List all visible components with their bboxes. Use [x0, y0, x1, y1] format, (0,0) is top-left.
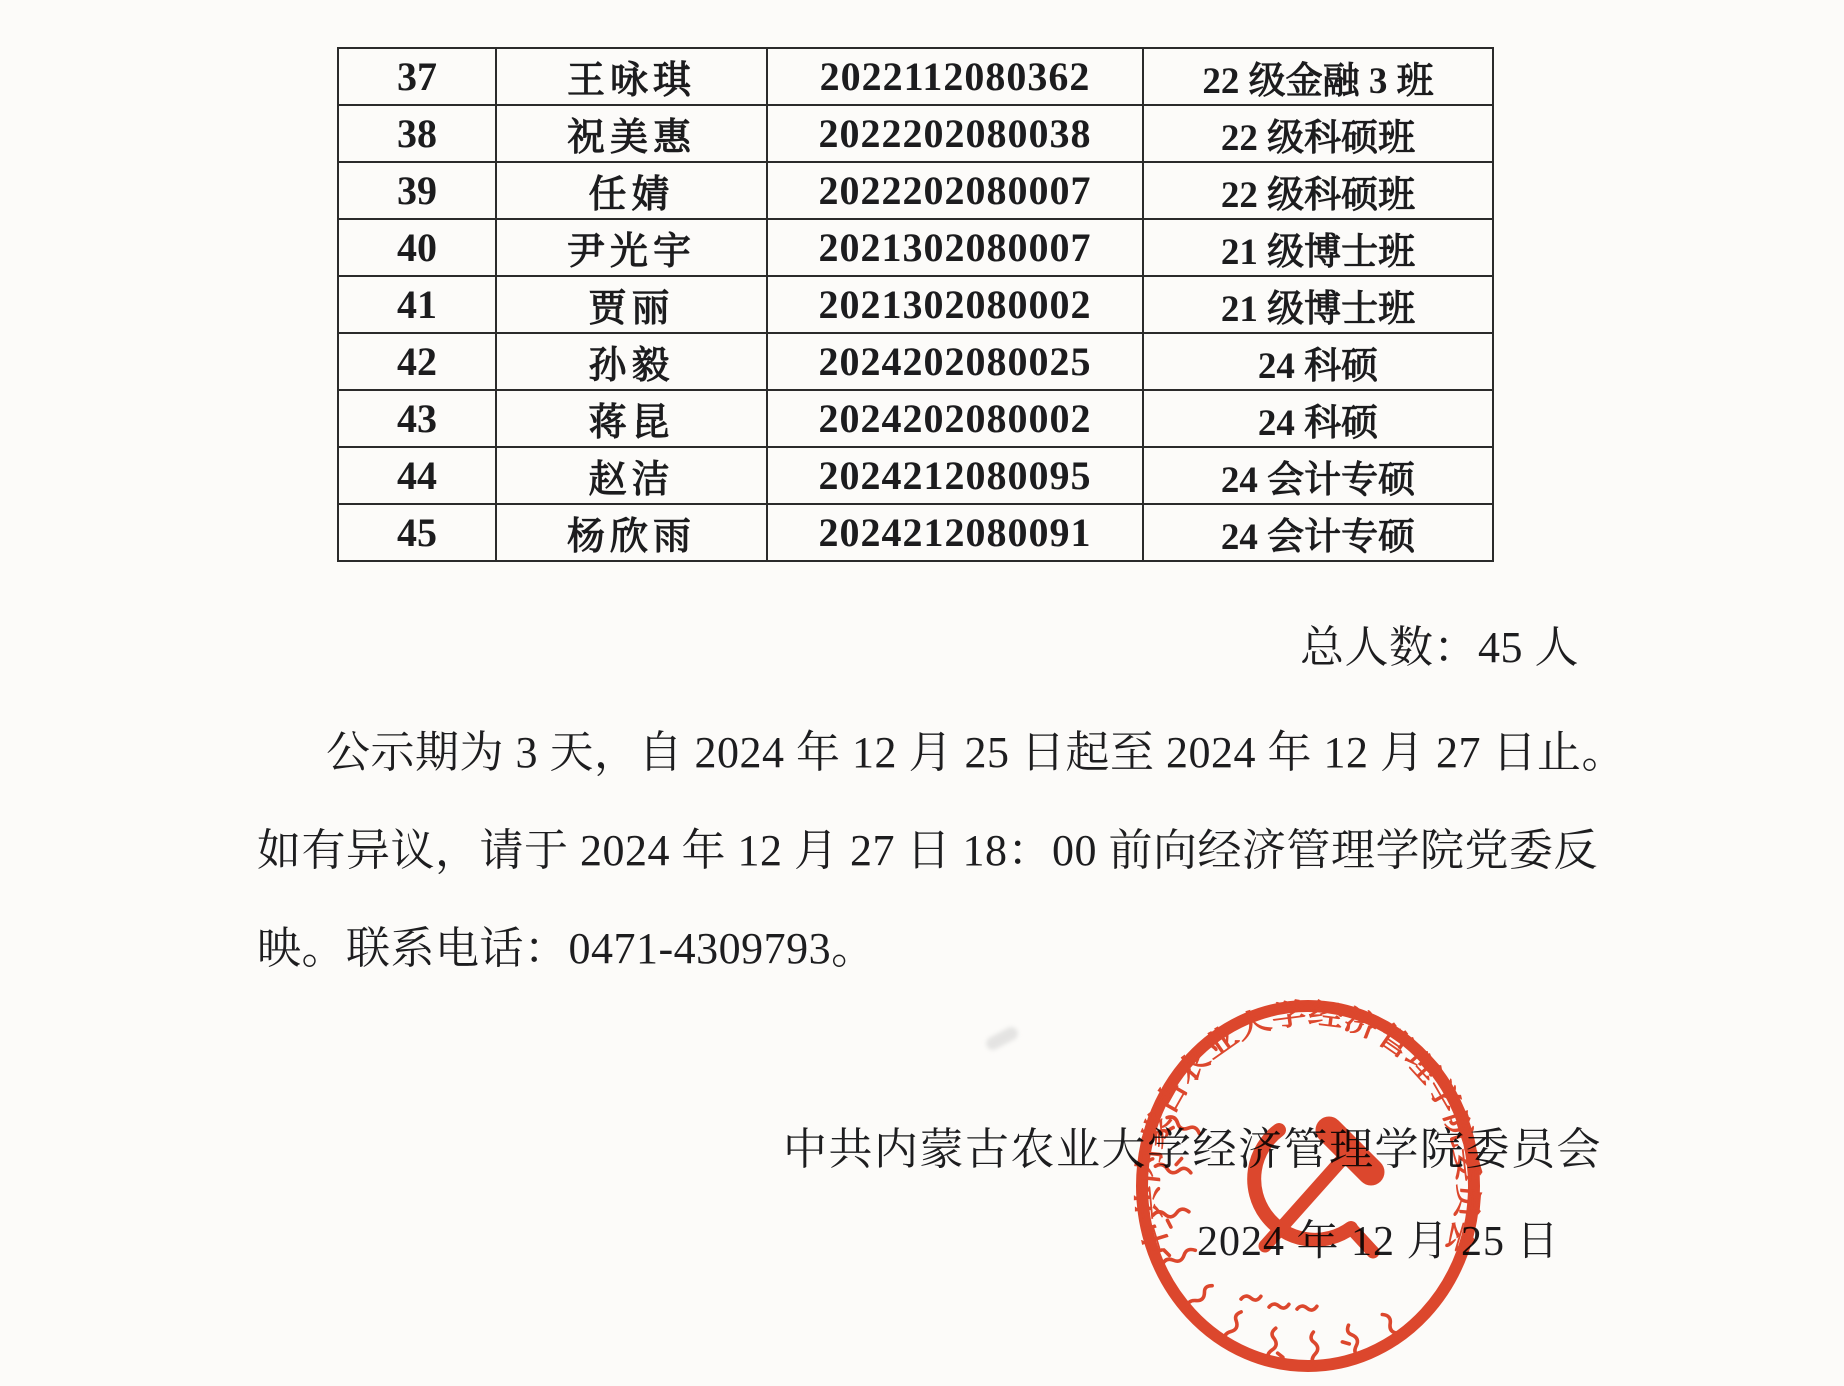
notice-line-1: 公示期为 3 天，自 2024 年 12 月 25 日起至 2024 年 12 … — [326, 729, 1626, 777]
table-row: 42 孙毅 2024202080025 24 科硕 — [338, 333, 1493, 390]
table-row: 41 贾丽 2021302080002 21 级博士班 — [338, 276, 1493, 333]
ink-smudge — [984, 1025, 1020, 1052]
student-id-cell: 2024202080025 — [767, 333, 1143, 390]
row-number-cell: 45 — [338, 504, 496, 561]
student-id-cell: 2022202080038 — [767, 105, 1143, 162]
total-count-line: 总人数：45 人 — [1300, 624, 1579, 672]
table-row: 39 任婧 2022202080007 22 级科硕班 — [338, 162, 1493, 219]
name-cell: 蒋昆 — [496, 390, 767, 447]
scanned-notice-page: 37 王咏琪 2022112080362 22 级金融 3 班 38 祝美惠 2… — [0, 0, 1844, 1386]
name-cell: 任婧 — [496, 162, 767, 219]
notice-line-3: 映。联系电话：0471-4309793。 — [257, 925, 876, 973]
table-row: 38 祝美惠 2022202080038 22 级科硕班 — [338, 105, 1493, 162]
row-number-cell: 37 — [338, 48, 496, 105]
row-number-cell: 43 — [338, 390, 496, 447]
student-id-cell: 2024202080002 — [767, 390, 1143, 447]
signature-date: 2024 年 12 月 25 日 — [1197, 1219, 1560, 1265]
student-id-cell: 2022112080362 — [767, 48, 1143, 105]
row-number-cell: 40 — [338, 219, 496, 276]
class-cell: 22 级金融 3 班 — [1143, 48, 1493, 105]
row-number-cell: 39 — [338, 162, 496, 219]
row-number-cell: 41 — [338, 276, 496, 333]
class-cell: 21 级博士班 — [1143, 276, 1493, 333]
class-cell: 24 科硕 — [1143, 390, 1493, 447]
student-id-cell: 2022202080007 — [767, 162, 1143, 219]
name-cell: 孙毅 — [496, 333, 767, 390]
name-cell: 王咏琪 — [496, 48, 767, 105]
name-cell: 赵洁 — [496, 447, 767, 504]
student-id-cell: 2024212080091 — [767, 504, 1143, 561]
name-cell: 杨欣雨 — [496, 504, 767, 561]
committee-signature: 中共内蒙古农业大学经济管理学院委员会 — [783, 1126, 1602, 1174]
table-row: 45 杨欣雨 2024212080091 24 会计专硕 — [338, 504, 1493, 561]
class-cell: 24 会计专硕 — [1143, 447, 1493, 504]
class-cell: 22 级科硕班 — [1143, 162, 1493, 219]
class-cell: 22 级科硕班 — [1143, 105, 1493, 162]
table-row: 40 尹光宇 2021302080007 21 级博士班 — [338, 219, 1493, 276]
class-cell: 24 科硕 — [1143, 333, 1493, 390]
class-cell: 24 会计专硕 — [1143, 504, 1493, 561]
student-id-cell: 2024212080095 — [767, 447, 1143, 504]
table-row: 44 赵洁 2024212080095 24 会计专硕 — [338, 447, 1493, 504]
row-number-cell: 42 — [338, 333, 496, 390]
name-cell: 祝美惠 — [496, 105, 767, 162]
row-number-cell: 44 — [338, 447, 496, 504]
table-row: 43 蒋昆 2024202080002 24 科硕 — [338, 390, 1493, 447]
table-row: 37 王咏琪 2022112080362 22 级金融 3 班 — [338, 48, 1493, 105]
official-seal: 中共内蒙古农业大学经济管理学院委员会 — [1133, 998, 1483, 1374]
name-cell: 尹光宇 — [496, 219, 767, 276]
roster-table: 37 王咏琪 2022112080362 22 级金融 3 班 38 祝美惠 2… — [337, 47, 1494, 562]
class-cell: 21 级博士班 — [1143, 219, 1493, 276]
notice-line-2: 如有异议，请于 2024 年 12 月 27 日 18：00 前向经济管理学院党… — [257, 827, 1598, 875]
student-id-cell: 2021302080007 — [767, 219, 1143, 276]
student-id-cell: 2021302080002 — [767, 276, 1143, 333]
row-number-cell: 38 — [338, 105, 496, 162]
name-cell: 贾丽 — [496, 276, 767, 333]
seal-ring — [1142, 1006, 1474, 1366]
